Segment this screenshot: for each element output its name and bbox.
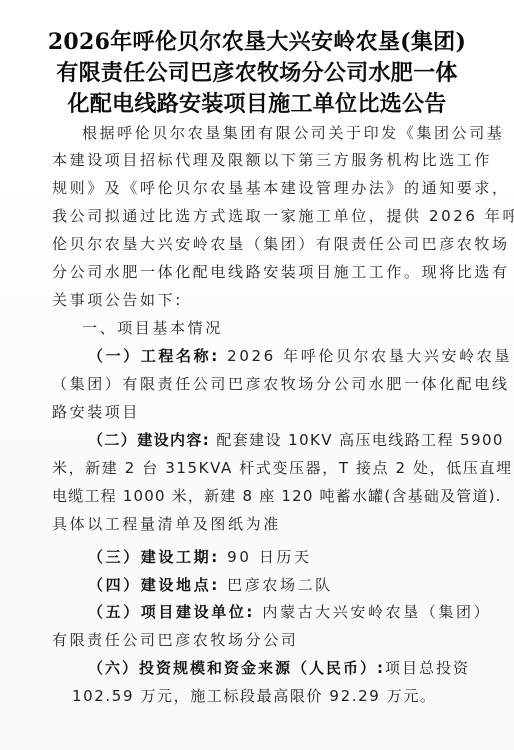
document-title: 2026年呼伦贝尔农垦大兴安岭农垦(集团) 有限责任公司巴彦农牧场分公司水肥一体… [30, 27, 484, 120]
intro-line-2: 本建设项目招标代理及限额以下第三方服务机构比选工作 [52, 150, 492, 170]
intro-line-3: 规则》及《呼伦贝尔农垦基本建设管理办法》的通知要求， [52, 178, 510, 198]
title-line-3: 化配电线路安装项目施工单位比选公告 [30, 89, 484, 120]
item-5-line-2: 有限责任公司巴彦农牧场分公司 [52, 630, 298, 650]
item-6-line-2: 102.59 万元，施工标段最高限价 92.29 万元。 [72, 686, 437, 706]
item-6-label: （六）投资规模和资金来源（人民币）: [88, 659, 385, 677]
item-2-line-3: 电缆工程 1000 米，新建 8 座 120 吨蓄水罐(含基础及管道). [52, 486, 502, 506]
item-1-first-line: （一）工程名称: 2026 年呼伦贝尔农垦大兴安岭农垦 [88, 346, 512, 366]
title-line-2: 有限责任公司巴彦农牧场分公司水肥一体 [30, 58, 484, 89]
item-2-line-4: 具体以工程量清单及图纸为准 [52, 514, 281, 534]
item-1-line-2: （集团）有限责任公司巴彦农牧场分公司水肥一体化配电线 [52, 374, 510, 394]
item-4-line: （四）建设地点: 巴彦农场二队 [88, 575, 333, 595]
item-4-label: （四）建设地点: [88, 576, 220, 594]
item-3-label: （三）建设工期: [88, 548, 220, 566]
item-1-text: 2026 年呼伦贝尔农垦大兴安岭农垦 [220, 347, 512, 365]
item-4-text: 巴彦农场二队 [220, 576, 333, 594]
title-line-1: 2026年呼伦贝尔农垦大兴安岭农垦(集团) [30, 27, 484, 58]
intro-line-7: 关事项公告如下: [52, 290, 183, 310]
intro-line-5: 伦贝尔农垦大兴安岭农垦（集团）有限责任公司巴彦农牧场 [52, 234, 510, 254]
intro-line-1: 根据呼伦贝尔农垦集团有限公司关于印发《集团公司基 [82, 123, 504, 143]
item-2-text: 配套建设 10KV 高压电线路工程 5900 [210, 431, 504, 449]
section-heading: 一、项目基本情况 [82, 318, 223, 338]
item-5-text: 内蒙古大兴安岭农垦（集团） [255, 603, 491, 621]
item-2-first-line: （二）建设内容: 配套建设 10KV 高压电线路工程 5900 [88, 430, 504, 450]
item-6-first-line: （六）投资规模和资金来源（人民币）:项目总投资 [88, 658, 470, 678]
intro-line-4: 我公司拟通过比选方式选取一家施工单位，提供 2026 年呼 [52, 206, 514, 226]
item-2-label: （二）建设内容: [88, 431, 210, 449]
item-1-label: （一）工程名称: [88, 347, 220, 365]
item-5-first-line: （五）项目建设单位: 内蒙古大兴安岭农垦（集团） [88, 602, 491, 622]
item-6-text: 项目总投资 [385, 659, 470, 677]
item-5-label: （五）项目建设单位: [88, 603, 255, 621]
item-3-text: 90 日历天 [220, 548, 312, 566]
intro-line-6: 分公司水肥一体化配电线路安装项目施工工作。现将比选有 [52, 262, 510, 282]
item-2-line-2: 米，新建 2 台 315KVA 杆式变压器，T 接点 2 处，低压直埋 [52, 458, 513, 478]
item-1-line-3: 路安装项目 [52, 402, 140, 422]
item-3-line: （三）建设工期: 90 日历天 [88, 547, 312, 567]
document-page: 2026年呼伦贝尔农垦大兴安岭农垦(集团) 有限责任公司巴彦农牧场分公司水肥一体… [0, 0, 514, 750]
